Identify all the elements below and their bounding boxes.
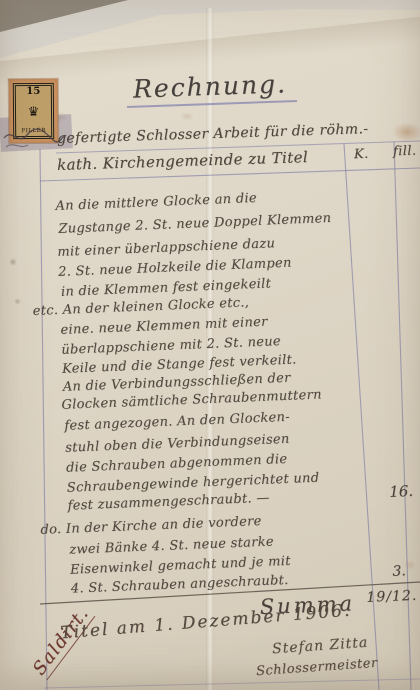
photographed-invoice: 15 ♛ FILLÉR Rechnung. gefertigte Schloss… <box>0 0 420 690</box>
body-line: fest angezogen. An den Glocken- <box>64 410 290 434</box>
body-line: zwei Bänke 4. St. neue starke <box>69 535 274 558</box>
body-line: 4. St. Schrauben angeschraubt. <box>71 573 289 597</box>
stamp-frame: 15 ♛ FILLÉR <box>13 83 54 139</box>
summa-total: 19/12. <box>366 588 417 606</box>
amount-item1-kronen: 16. <box>389 482 414 501</box>
invoice-body: An die mittlere Glocke an die Zugstange … <box>55 178 420 632</box>
body-line: An die mittlere Glocke an die <box>55 191 257 214</box>
body-line: Zugstange 2. St. neue Doppel Klemmen <box>58 211 331 237</box>
document-title: Rechnung. <box>133 69 288 103</box>
column-header-filler: fill. <box>393 144 417 160</box>
stamp-core: 15 ♛ FILLÉR <box>15 85 52 137</box>
amount-item2-kronen: 3. <box>392 563 406 580</box>
body-line: Schraubengewinde hergerichtet und <box>67 471 320 496</box>
revenue-stamp: 15 ♛ FILLÉR <box>9 79 59 143</box>
stamp-currency-label: FILLÉR <box>21 128 46 135</box>
body-line: mit einer überlappschiene dazu <box>57 236 275 260</box>
stamp-value: 15 <box>26 87 40 97</box>
body-line: do. In der Kirche an die vordere <box>40 514 262 538</box>
column-header-kronen: K. <box>354 147 369 163</box>
crown-icon: ♛ <box>28 105 40 119</box>
body-line: eine. neue Klemmen mit einer <box>60 315 268 338</box>
